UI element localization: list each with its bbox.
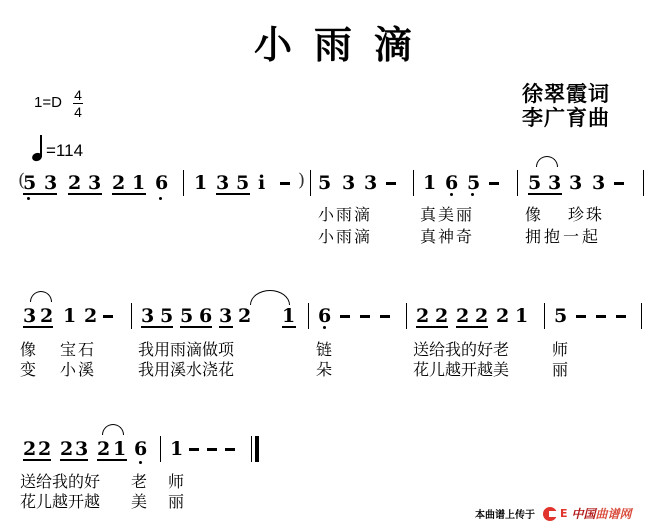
key-signature: 1=D [34,94,62,111]
lyricist: 徐翠霞词 [522,82,610,106]
credits: 徐翠霞词 李广育曲 [522,82,610,130]
upload-credit: 本曲谱上传于 E 中国 曲谱网 [475,505,632,522]
site-logo-icon [543,507,557,521]
close-paren: ) [298,170,305,191]
site-name-b[interactable]: 曲谱网 [596,505,632,522]
quarter-note-icon [32,135,44,161]
time-signature: 4 4 [73,88,83,119]
tempo-marking: =114 [32,135,83,161]
site-name-a[interactable]: 中国 [572,505,596,522]
song-title: 小雨滴 [0,14,666,69]
composer: 李广育曲 [522,106,610,130]
